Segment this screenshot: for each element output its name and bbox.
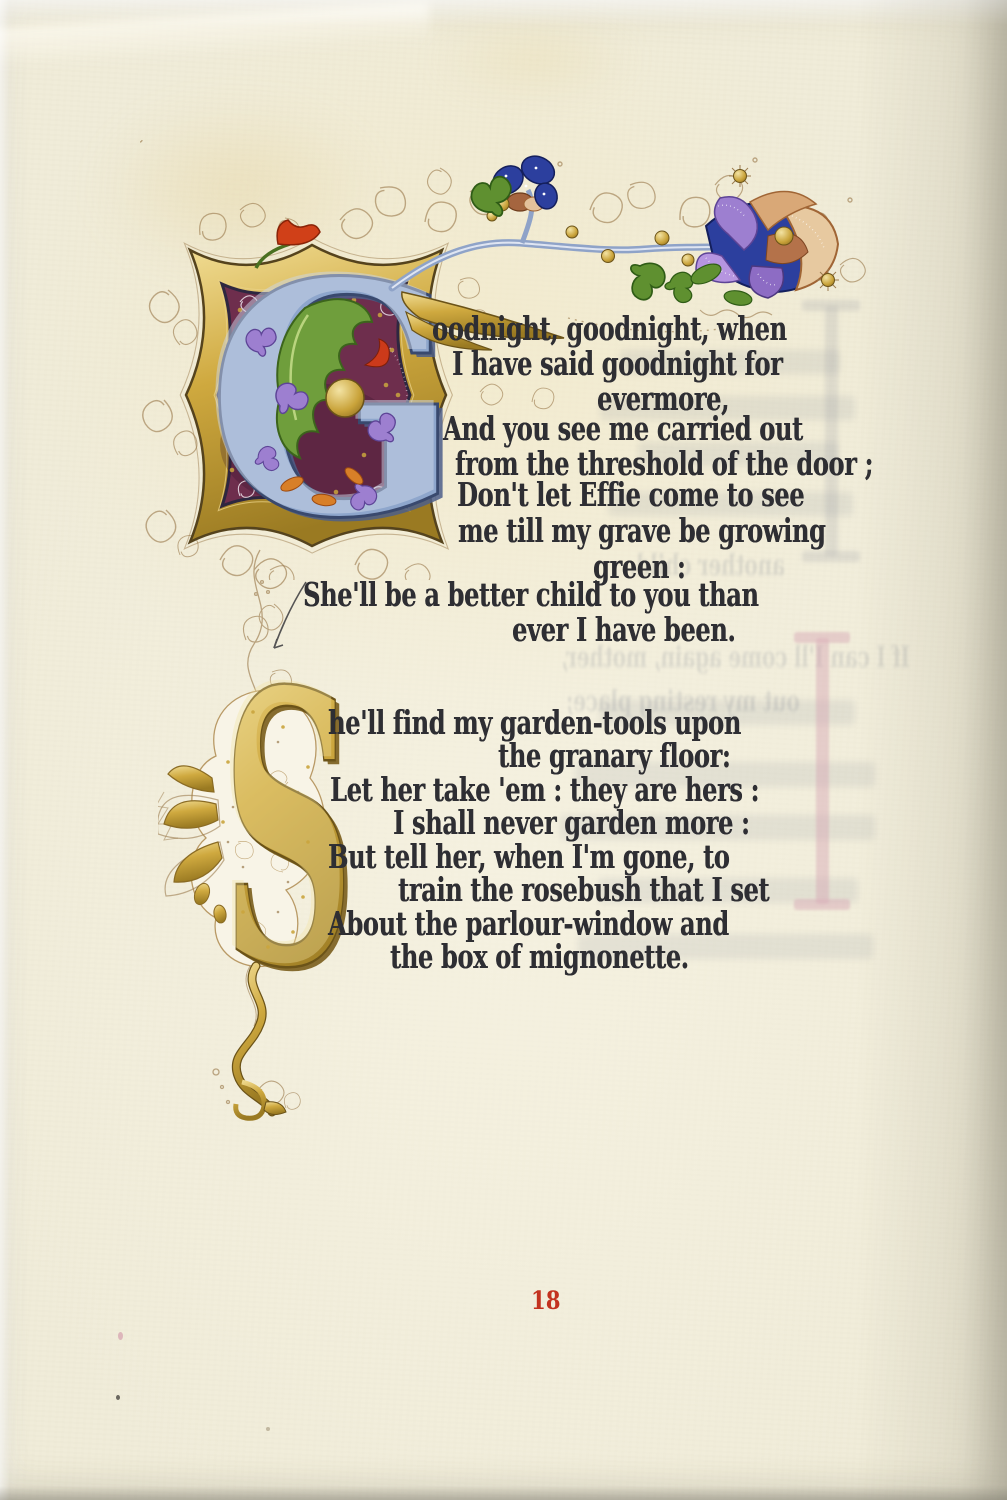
page-bottom-edge	[0, 1486, 1007, 1500]
gold-fruit	[326, 379, 364, 417]
page-number: 18	[531, 1286, 561, 1315]
page-top-crease	[0, 2, 431, 69]
page-left-edge	[0, 0, 10, 1500]
poem-line: oodnight, goodnight, when	[432, 309, 787, 349]
vellum-stain	[430, 14, 640, 104]
composite-flower	[688, 191, 838, 307]
poem-line: I have said goodnight for	[452, 344, 782, 384]
poem-line: ever I have been.	[512, 610, 735, 650]
poem-line: She'll be a better child to you than	[303, 575, 759, 615]
initial-s-highlight: S	[218, 606, 351, 1047]
poem-line: the box of mignonette.	[390, 937, 689, 977]
poem-line: me till my grave be growing	[458, 511, 825, 551]
illuminated-initial-s-artwork: S S S	[158, 542, 368, 1127]
showthrough-initial-i	[794, 632, 850, 910]
pigment-speck	[118, 1332, 123, 1340]
poem-line: Don't let Effie come to see	[457, 475, 804, 515]
initial-letter-s: S S S	[218, 606, 359, 1055]
pigment-speck	[266, 1427, 270, 1431]
manuscript-page: another child. If I can I'll come again,…	[0, 0, 1007, 1500]
page-top-edge	[0, 0, 1007, 26]
page-right-edge-shadow	[857, 0, 1007, 1500]
poem-line: And you see me carried out	[443, 409, 803, 449]
ink-speck	[116, 1395, 120, 1400]
